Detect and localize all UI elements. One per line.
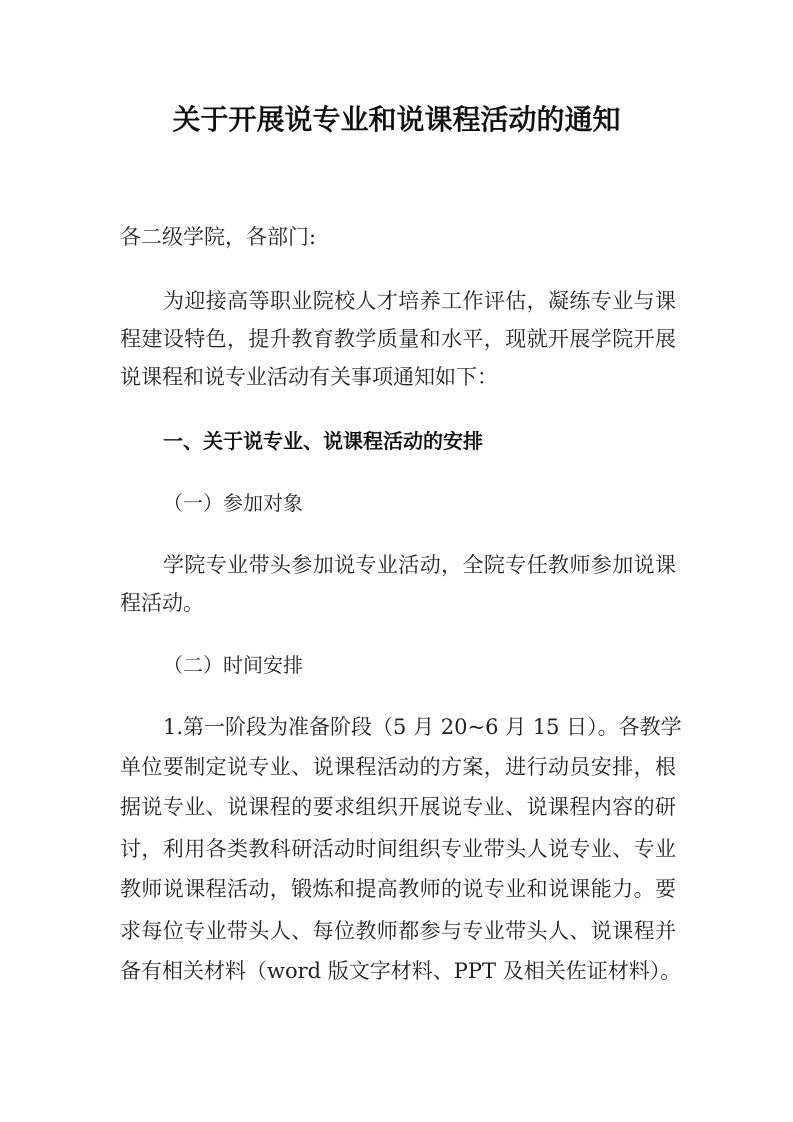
intro-line: 说课程和说专业活动有关事项通知如下： (120, 362, 676, 392)
intro-line: 程建设特色，提升教育教学质量和水平，现就开展学院开展 (120, 324, 676, 354)
paragraph-line: 学院专业带头参加说专业活动，全院专任教师参加说课 (163, 550, 676, 580)
salutation: 各二级学院，各部门: (120, 222, 676, 252)
subsection-heading: （一）参加对象 (163, 488, 676, 518)
paragraph-line: 讨，利用各类教科研活动时间组织专业带头人说专业、专业 (120, 834, 676, 864)
paragraph-line: 求每位专业带头人、每位教师都参与专业带头人、说课程并 (120, 916, 676, 946)
paragraph-line: 1.第一阶段为准备阶段（5 月 20~6 月 15 日）。各教学 (163, 712, 676, 742)
paragraph-line: 备有相关材料（word 版文字材料、PPT 及相关佐证材料）。 (120, 956, 676, 986)
section-heading: 一、关于说专业、说课程活动的安排 (163, 426, 676, 456)
paragraph-line: 单位要制定说专业、说课程活动的方案，进行动员安排，根 (120, 752, 676, 782)
paragraph-line: 教师说课程活动，锻炼和提高教师的说专业和说课能力。要 (120, 874, 676, 904)
subsection-heading: （二）时间安排 (163, 650, 676, 680)
paragraph-line: 程活动。 (120, 588, 676, 618)
intro-line: 为迎接高等职业院校人才培养工作评估，凝练专业与课 (163, 286, 676, 316)
document-title: 关于开展说专业和说课程活动的通知 (0, 98, 793, 138)
paragraph-line: 据说专业、说课程的要求组织开展说专业、说课程内容的研 (120, 792, 676, 822)
